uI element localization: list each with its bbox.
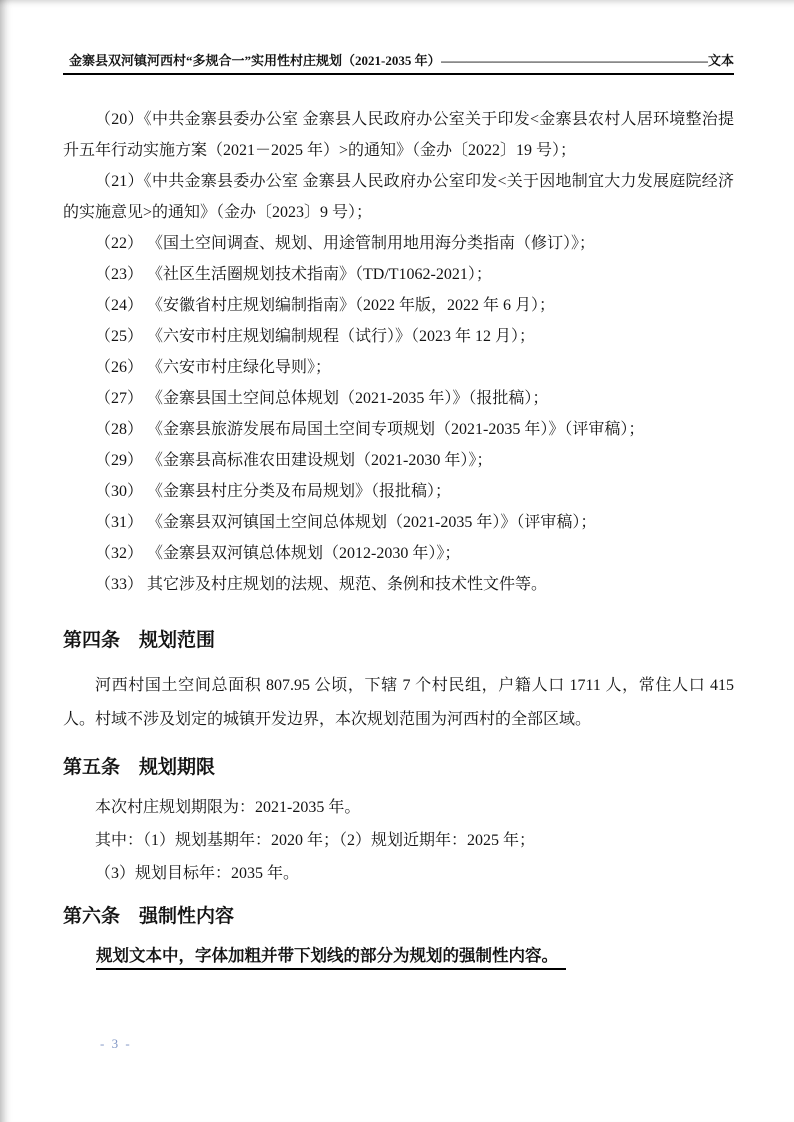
reference-item-28: （28） 《金寨县旅游发展布局国土空间专项规划（2021-2035 年）》（评审… — [63, 414, 734, 445]
reference-list: （20）《中共金寨县委办公室 金寨县人民政府办公室关于印发<金寨县农村人居环境整… — [63, 104, 734, 600]
article-5-paragraph-2: 其中：（1）规划基期年：2020 年；（2）规划近期年：2025 年； — [63, 824, 734, 857]
section-heading-article-4: 第四条 规划范围 — [63, 628, 734, 654]
article-4-paragraph: 河西村国土空间总面积 807.95 公顷，下辖 7 个村民组，户籍人口 1711… — [63, 669, 734, 737]
running-header-dash-fill: ———————————————————————————————————————— — [441, 52, 708, 69]
running-header: 金寨县双河镇河西村“多规合一”实用性村庄规划（2021-2035 年） ————… — [63, 0, 734, 75]
article-6-mandatory-statement: 规划文本中，字体加粗并带下划线的部分为规划的强制性内容。 — [63, 944, 734, 968]
reference-item-26: （26） 《六安市村庄绿化导则》； — [63, 352, 734, 383]
reference-item-25: （25） 《六安市村庄规划编制规程（试行）》（2023 年 12 月）； — [63, 321, 734, 352]
article-5-paragraph-3: （3）规划目标年：2035 年。 — [63, 857, 734, 890]
reference-item-30: （30） 《金寨县村庄分类及布局规划》（报批稿）； — [63, 476, 734, 507]
reference-item-31: （31） 《金寨县双河镇国土空间总体规划（2021-2035 年）》（评审稿）； — [63, 507, 734, 538]
running-header-title: 金寨县双河镇河西村“多规合一”实用性村庄规划（2021-2035 年） — [63, 52, 441, 69]
page-number: - 3 - — [100, 1036, 132, 1052]
reference-item-21: （21）《中共金寨县委办公室 金寨县人民政府办公室印发<关于因地制宜大力发展庭院… — [63, 166, 734, 228]
reference-item-32: （32） 《金寨县双河镇总体规划（2012-2030 年）》； — [63, 538, 734, 569]
mandatory-underlined-text: 规划文本中，字体加粗并带下划线的部分为规划的强制性内容。 — [96, 947, 566, 970]
reference-item-23: （23） 《社区生活圈规划技术指南》（TD/T1062-2021）； — [63, 259, 734, 290]
document-page: { "header": { "title": "金寨县双河镇河西村“多规合一”实… — [0, 0, 794, 1122]
reference-item-33: （33） 其它涉及村庄规划的法规、规范、条例和技术性文件等。 — [63, 569, 734, 600]
reference-item-22: （22） 《国土空间调查、规划、用途管制用地用海分类指南（修订）》； — [63, 228, 734, 259]
section-heading-article-6: 第六条 强制性内容 — [63, 904, 734, 930]
reference-item-24: （24） 《安徽省村庄规划编制指南》（2022 年版，2022 年 6 月）； — [63, 290, 734, 321]
running-header-doc-type: 文本 — [708, 52, 734, 69]
section-heading-article-5: 第五条 规划期限 — [63, 755, 734, 781]
reference-item-27: （27） 《金寨县国土空间总体规划（2021-2035 年）》（报批稿）； — [63, 383, 734, 414]
reference-item-29: （29） 《金寨县高标准农田建设规划（2021-2030 年）》； — [63, 445, 734, 476]
page-content: 金寨县双河镇河西村“多规合一”实用性村庄规划（2021-2035 年） ————… — [63, 0, 734, 968]
article-5-paragraph-1: 本次村庄规划期限为：2021-2035 年。 — [63, 791, 734, 824]
reference-item-20: （20）《中共金寨县委办公室 金寨县人民政府办公室关于印发<金寨县农村人居环境整… — [63, 104, 734, 166]
